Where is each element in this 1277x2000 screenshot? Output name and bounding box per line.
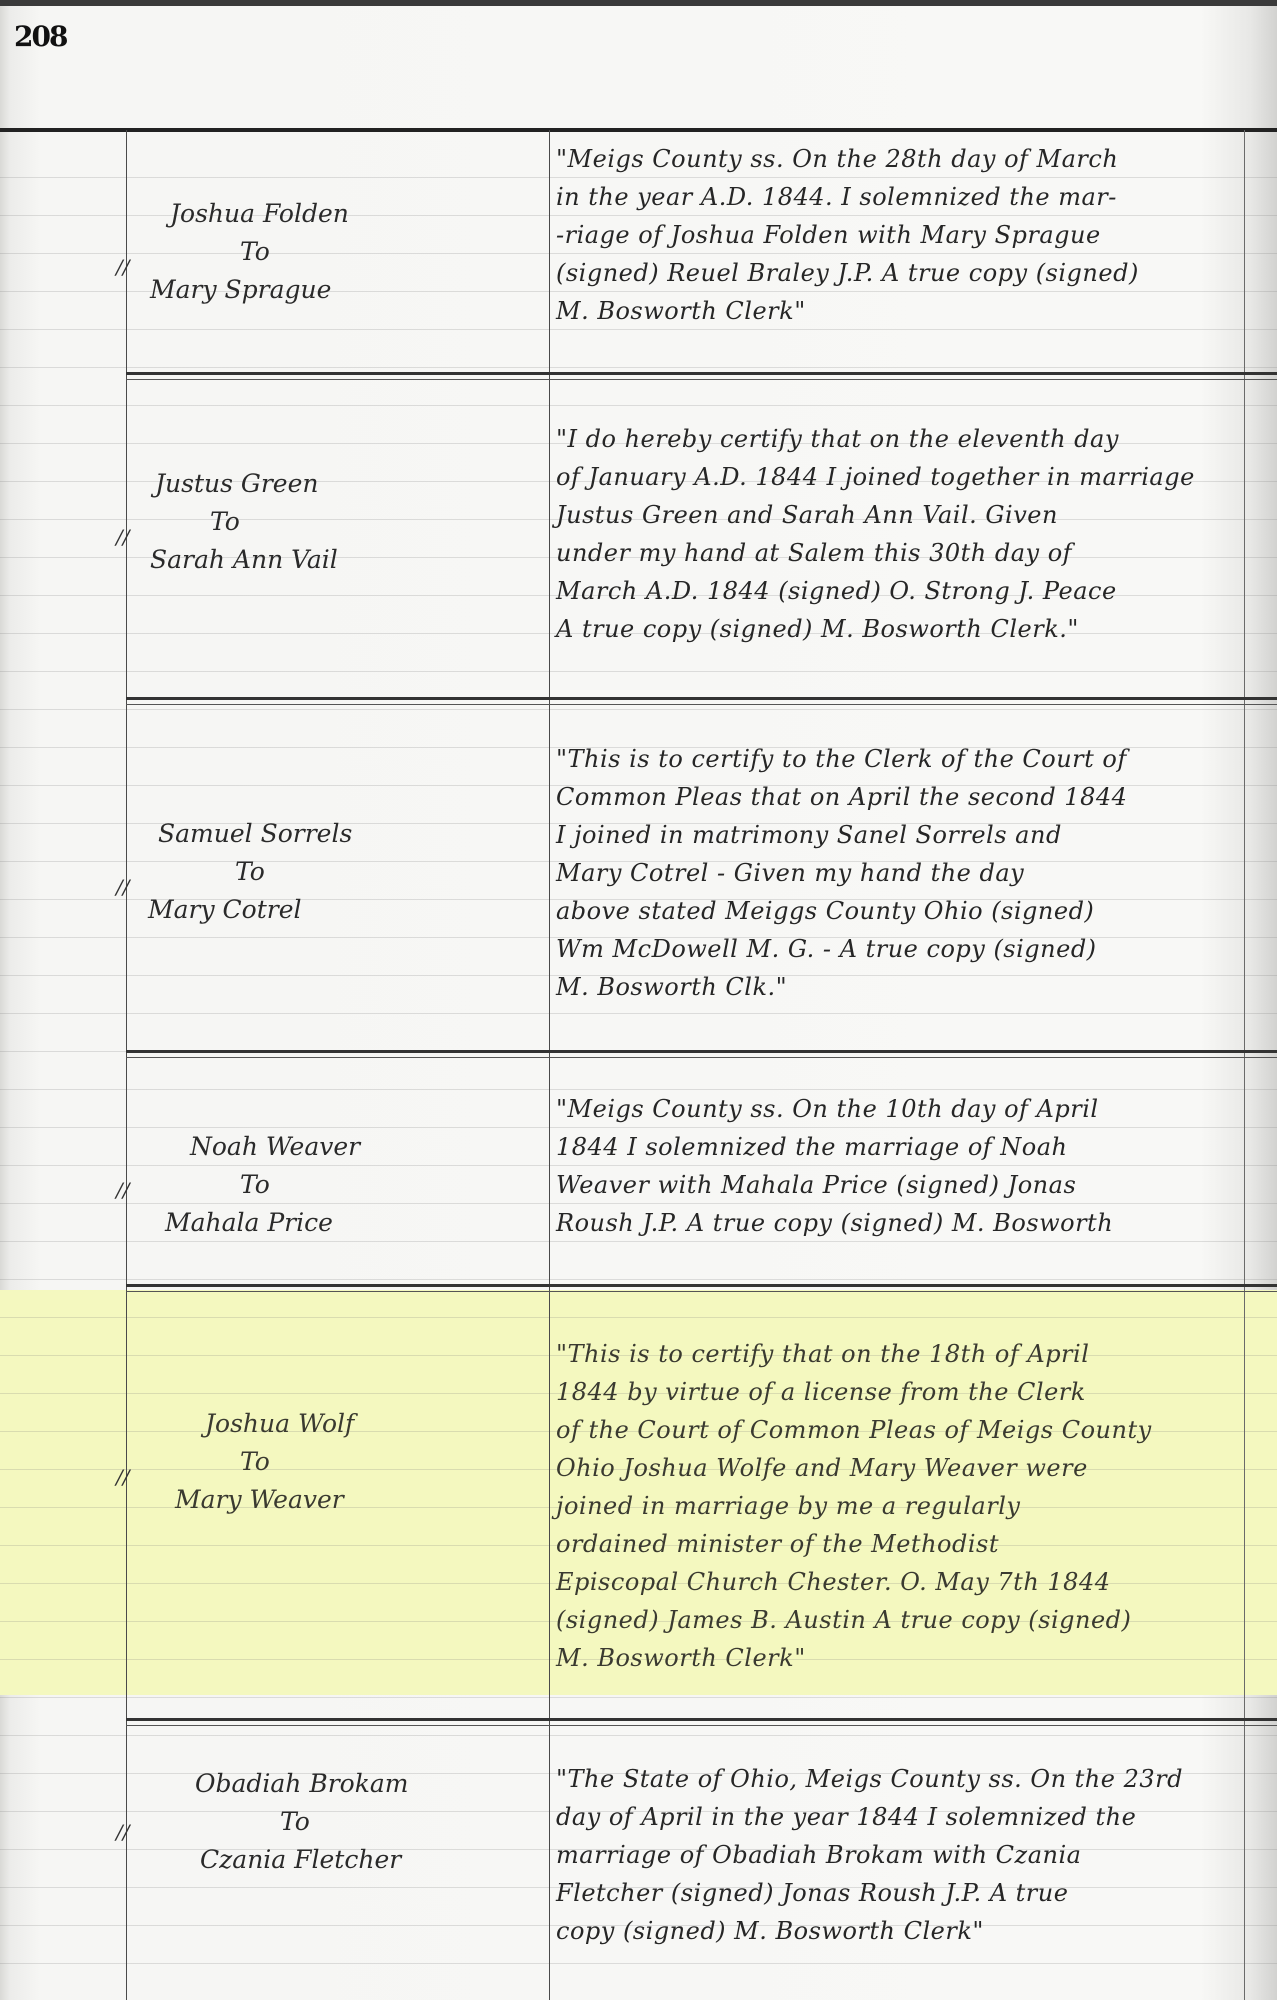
entry-divider <box>126 697 1277 705</box>
connector-to: To <box>140 1443 540 1481</box>
couple-names: Joshua Wolf To Mary Weaver <box>140 1405 540 1519</box>
groom-name: Obadiah Brokam <box>140 1765 540 1803</box>
ditto-mark: // <box>116 1178 129 1202</box>
bride-name: Mahala Price <box>140 1204 540 1242</box>
couple-names: Joshua Folden To Mary Sprague <box>140 195 540 309</box>
couple-names: Justus Green To Sarah Ann Vail <box>140 465 540 579</box>
couple-names: Obadiah Brokam To Czania Fletcher <box>140 1765 540 1879</box>
marriage-record-text: "I do hereby certify that on the elevent… <box>556 420 1246 648</box>
bride-name: Mary Cotrel <box>140 891 540 929</box>
ditto-mark: // <box>116 525 129 549</box>
ditto-mark: // <box>116 1820 129 1844</box>
groom-name: Noah Weaver <box>140 1128 540 1166</box>
connector-to: To <box>140 503 540 541</box>
ditto-mark: // <box>116 1465 129 1489</box>
couple-names: Noah Weaver To Mahala Price <box>140 1128 540 1242</box>
marriage-record-text: "This is to certify that on the 18th of … <box>556 1335 1246 1677</box>
marriage-record-text: "This is to certify to the Clerk of the … <box>556 740 1246 1006</box>
connector-to: To <box>140 1803 540 1841</box>
entry-divider <box>126 1050 1277 1058</box>
marriage-record-text: "The State of Ohio, Meigs County ss. On … <box>556 1760 1246 1950</box>
entry-divider <box>126 372 1277 380</box>
marriage-record-text: "Meigs County ss. On the 10th day of Apr… <box>556 1090 1246 1242</box>
connector-to: To <box>140 1166 540 1204</box>
groom-name: Samuel Sorrels <box>140 815 540 853</box>
page-number: 208 <box>14 20 66 53</box>
entry-divider <box>126 1284 1277 1292</box>
bride-name: Sarah Ann Vail <box>140 541 540 579</box>
bride-name: Czania Fletcher <box>140 1841 540 1879</box>
marriage-record-text: "Meigs County ss. On the 28th day of Mar… <box>556 140 1246 330</box>
groom-name: Joshua Folden <box>140 195 540 233</box>
ditto-mark: // <box>116 255 129 279</box>
bride-name: Mary Sprague <box>140 271 540 309</box>
couple-names: Samuel Sorrels To Mary Cotrel <box>140 815 540 929</box>
ditto-mark: // <box>116 875 129 899</box>
connector-to: To <box>140 853 540 891</box>
entry-divider <box>126 1718 1277 1726</box>
groom-name: Justus Green <box>140 465 540 503</box>
page-top-edge <box>0 0 1277 6</box>
groom-name: Joshua Wolf <box>140 1405 540 1443</box>
connector-to: To <box>140 233 540 271</box>
bride-name: Mary Weaver <box>140 1481 540 1519</box>
header-rule <box>0 128 1277 134</box>
